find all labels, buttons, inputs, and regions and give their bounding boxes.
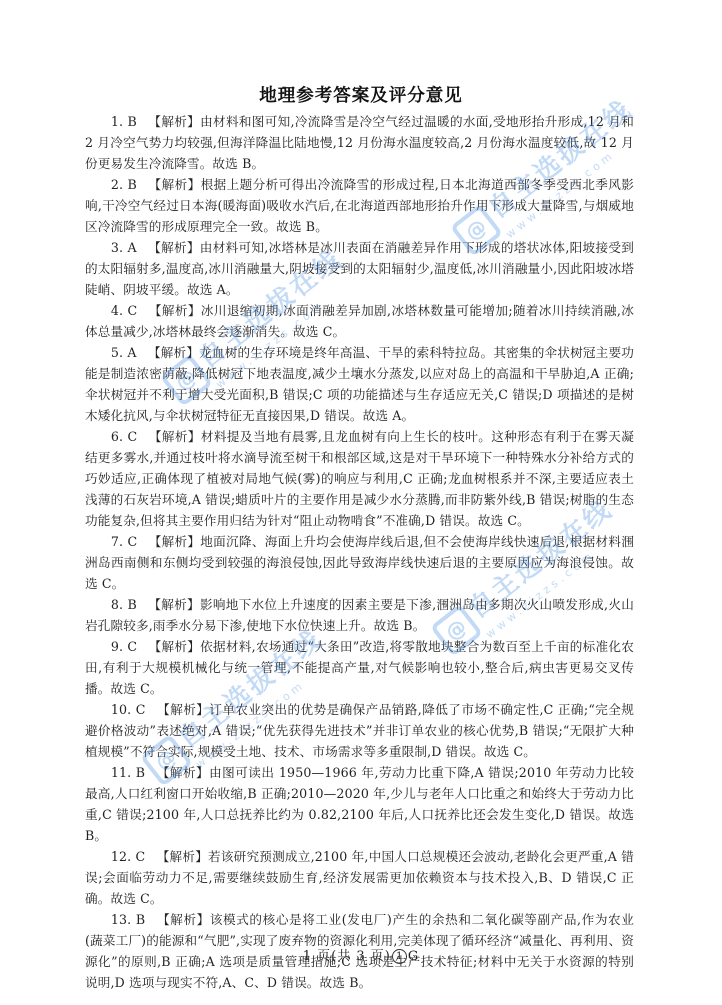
analysis-label: 【解析】	[149, 429, 201, 444]
analysis-label: 【解析】	[148, 597, 200, 612]
answer-item-12: 12. C【解析】若该研究预测成立,2100 年,中国人口总规模还会波动,老龄化…	[85, 846, 634, 909]
answer-item-5: 5. A【解析】龙血树的生存环境是终年高温、干旱的索科特拉岛。其密集的伞状树冠主…	[85, 342, 634, 426]
answer-number: 10. C	[111, 702, 146, 717]
page-title: 地理参考答案及评分意见	[0, 82, 722, 107]
answer-item-11: 11. B【解析】由图可读出 1950—1966 年,劳动力比重下降,A 错误;…	[85, 762, 634, 846]
answer-number: 6. C	[111, 429, 138, 444]
answer-item-7: 7. C【解析】地面沉降、海面上升均会使海岸线后退,但不会使海岸线快速后退,根据…	[85, 531, 634, 594]
analysis-label: 【解析】	[157, 912, 210, 927]
answer-number: 13. B	[111, 912, 145, 927]
circled-number-icon: 1	[392, 949, 407, 964]
answer-list: 1. B【解析】由材料和图可知,冷流降雪是冷空气经过温暖的水面,受地形抬升形成,…	[85, 111, 634, 993]
answer-item-2: 2. B【解析】根据上题分析可得出冷流降雪的形成过程,日本北海道西部冬季受西北季…	[85, 174, 634, 237]
answer-number: 5. A	[111, 345, 137, 360]
answer-number: 4. C	[111, 303, 138, 318]
answer-item-1: 1. B【解析】由材料和图可知,冷流降雪是冷空气经过温暖的水面,受地形抬升形成,…	[85, 111, 634, 174]
answer-number: 8. B	[111, 597, 137, 612]
answer-number: 3. A	[111, 240, 137, 255]
answer-item-6: 6. C【解析】材料提及当地有晨雾,且龙血树有向上生长的枝叶。这种形态有利于在雾…	[85, 426, 634, 531]
answer-item-10: 10. C【解析】订单农业突出的优势是确保产品销路,降低了市场不确定性,C 正确…	[85, 699, 634, 762]
page-number: 1 页(共 3 页)	[303, 949, 391, 964]
answer-item-8: 8. B【解析】影响地下水位上升速度的因素主要是下渗,涠洲岛由多期次火山喷发形成…	[85, 594, 634, 636]
analysis-label: 【解析】	[148, 177, 200, 192]
analysis-label: 【解析】	[148, 240, 200, 255]
document-page: 地理参考答案及评分意见 1. B【解析】由材料和图可知,冷流降雪是冷空气经过温暖…	[0, 0, 722, 1005]
page-footer: 1 页(共 3 页)1G	[0, 945, 722, 964]
answer-number: 7. C	[111, 534, 137, 549]
answer-number: 12. C	[111, 849, 146, 864]
analysis-label: 【解析】	[157, 765, 210, 780]
analysis-label: 【解析】	[149, 639, 201, 654]
answer-number: 11. B	[111, 765, 145, 780]
analysis-label: 【解析】	[157, 849, 208, 864]
analysis-label: 【解析】	[149, 534, 201, 549]
answer-number: 9. C	[111, 639, 137, 654]
analysis-label: 【解析】	[149, 303, 201, 318]
analysis-label: 【解析】	[148, 114, 200, 129]
analysis-label: 【解析】	[157, 702, 209, 717]
answer-number: 1. B	[111, 114, 137, 129]
paper-code: G	[408, 949, 419, 964]
answer-item-4: 4. C【解析】冰川退缩初期,冰面消融差异加剧,冰塔林数量可能增加;随着冰川持续…	[85, 300, 634, 342]
answer-item-3: 3. A【解析】由材料可知,冰塔林是冰川表面在消融差异作用下形成的塔状冰体,阳坡…	[85, 237, 634, 300]
analysis-label: 【解析】	[148, 345, 199, 360]
answer-number: 2. B	[111, 177, 137, 192]
answer-item-9: 9. C【解析】依据材料,农场通过“大条田”改造,将零散地块整合为数百至上千亩的…	[85, 636, 634, 699]
